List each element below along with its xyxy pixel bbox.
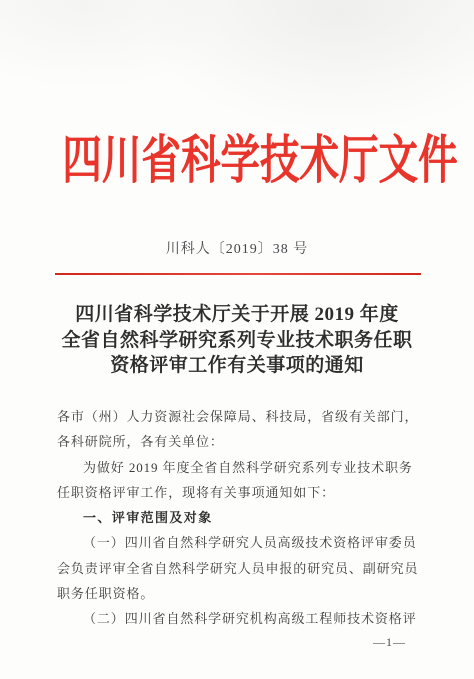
document-title-line: 全省自然科学研究系列专业技术职务任职 <box>28 328 446 354</box>
document-title-line: 资格评审工作有关事项的通知 <box>28 353 446 379</box>
scanned-document-page: 四川省科学技术厅文件 川科人〔2019〕38 号 四川省科学技术厅关于开展 20… <box>0 0 474 679</box>
body-line: （一）四川省自然科学研究人员高级技术资格评审委员 <box>57 530 422 555</box>
body-line: 任职资格评审工作，现将有关事项通知如下： <box>57 480 422 505</box>
section-heading: 一、评审范围及对象 <box>57 505 422 530</box>
body-line: 会负责评审全省自然科学研究人员申报的研究员、副研究员 <box>57 556 422 581</box>
page-number: —1— <box>373 635 406 650</box>
body-line: （二）四川省自然科学研究机构高级工程师技术资格评 <box>57 606 422 631</box>
document-title-line: 四川省科学技术厅关于开展 2019 年度 <box>28 302 446 328</box>
red-divider-line <box>55 273 421 275</box>
body-line: 职务任职资格。 <box>57 581 422 606</box>
masthead-title: 四川省科学技术厅文件 <box>62 133 457 190</box>
masthead: 四川省科学技术厅文件 <box>0 133 474 190</box>
document-number: 川科人〔2019〕38 号 <box>0 238 474 258</box>
salutation-line: 各市（州）人力资源社会保障局、科技局，省级有关部门， <box>57 404 422 429</box>
document-body: 各市（州）人力资源社会保障局、科技局，省级有关部门， 各科研院所，各有关单位： … <box>57 404 422 632</box>
salutation-line: 各科研院所，各有关单位： <box>57 429 422 454</box>
body-line: 为做好 2019 年度全省自然科学研究系列专业技术职务 <box>57 455 422 480</box>
document-title: 四川省科学技术厅关于开展 2019 年度 全省自然科学研究系列专业技术职务任职 … <box>28 302 446 379</box>
